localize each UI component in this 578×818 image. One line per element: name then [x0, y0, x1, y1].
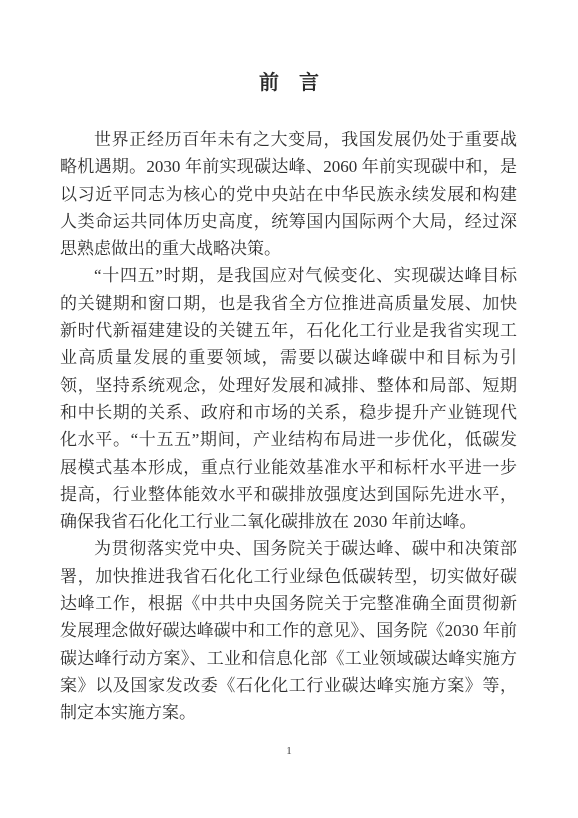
document-page: 前 言 世界正经历百年未有之大变局，我国发展仍处于重要战略机遇期。2030 年前…	[0, 0, 578, 818]
paragraph-2: “十四五”时期，是我国应对气候变化、实现碳达峰目标的关键期和窗口期，也是我省全方…	[60, 262, 517, 535]
paragraph-3: 为贯彻落实党中央、国务院关于碳达峰、碳中和决策部署，加快推进我省石化化工行业绿色…	[60, 535, 517, 726]
page-number: 1	[0, 744, 578, 758]
paragraph-1: 世界正经历百年未有之大变局，我国发展仍处于重要战略机遇期。2030 年前实现碳达…	[60, 126, 517, 262]
document-body: 世界正经历百年未有之大变局，我国发展仍处于重要战略机遇期。2030 年前实现碳达…	[60, 126, 517, 727]
page-title: 前 言	[0, 70, 578, 96]
